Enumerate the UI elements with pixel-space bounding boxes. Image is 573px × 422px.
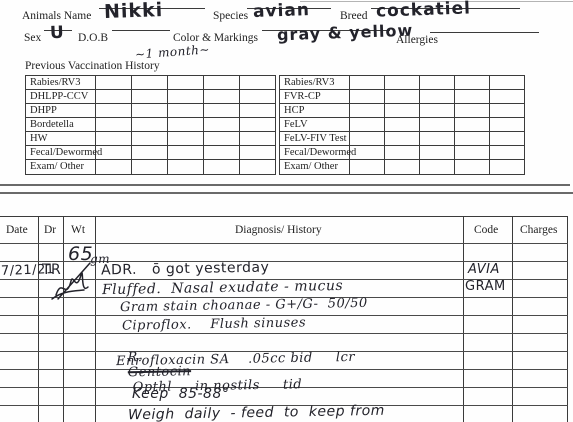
vaccination-cell (96, 104, 132, 117)
breed-value: cockatiel (376, 0, 472, 22)
vaccination-cell (455, 132, 490, 145)
vaccination-cell (455, 90, 490, 103)
vaccination-cell (490, 118, 525, 131)
vaccination-table-right: Rabies/RV3 FVR-CP HCP FeLV FeLV-FIV Test… (279, 75, 525, 175)
column-divider (463, 217, 464, 422)
vaccination-row: FeLV (280, 118, 525, 132)
vaccination-cell (420, 160, 455, 174)
diagnosis-line: Keep 85-88° (132, 386, 229, 402)
column-divider (63, 217, 64, 422)
vaccine-label: Rabies/RV3 (280, 76, 350, 89)
vet-record-form: Animals Name Nikki Species avian Breed c… (0, 0, 573, 422)
vaccine-label: Rabies/RV3 (26, 76, 96, 89)
vaccination-cell (168, 76, 204, 89)
vaccination-cell (132, 160, 168, 174)
vaccination-cell (455, 104, 490, 117)
color-markings-value: gray & yellow (277, 21, 414, 45)
vaccination-cell (204, 104, 240, 117)
vaccination-cell (490, 90, 525, 103)
vaccination-cell (132, 90, 168, 103)
vaccination-row: DHLPP-CCV (26, 90, 276, 104)
vaccination-cell (385, 76, 420, 89)
vaccination-cell (132, 132, 168, 145)
vaccination-cell (455, 146, 490, 159)
vaccine-label: Exam/ Other (280, 160, 350, 174)
vaccination-row: Rabies/RV3 (280, 76, 525, 90)
vaccination-cell (132, 104, 168, 117)
vaccination-cell (385, 118, 420, 131)
vaccination-cell (96, 146, 132, 159)
header-dr: Dr (44, 224, 56, 236)
dob-annotation: ~1 month~ (135, 42, 211, 61)
vaccination-cell (420, 104, 455, 117)
vaccination-cell (240, 118, 276, 131)
vaccine-label: HW (26, 132, 96, 145)
vaccination-cell (96, 118, 132, 131)
sex-value: U (50, 23, 66, 44)
diagnosis-line: Gram stain choanae - G+/G- 50/50 (120, 296, 368, 315)
vaccination-cell (420, 146, 455, 159)
vaccination-row: Exam/ Other (280, 160, 525, 174)
vaccination-cell (168, 90, 204, 103)
vaccination-cell (490, 76, 525, 89)
vaccination-cell (420, 118, 455, 131)
vaccination-cell (385, 160, 420, 174)
vaccination-cell (96, 160, 132, 174)
vaccination-cell (350, 160, 385, 174)
vaccination-cell (96, 132, 132, 145)
column-divider (512, 217, 513, 422)
vaccine-label: HCP (280, 104, 350, 117)
vaccination-cell (168, 146, 204, 159)
vaccination-row: Fecal/Dewormed (26, 146, 276, 160)
vaccination-cell (420, 90, 455, 103)
dob-field (112, 30, 170, 31)
vaccination-cell (350, 132, 385, 145)
vaccination-cell (204, 90, 240, 103)
header-wt: Wt (71, 224, 85, 236)
header-code: Code (474, 224, 498, 236)
vaccine-label: DHLPP-CCV (26, 90, 96, 103)
vaccine-label: DHPP (26, 104, 96, 117)
vaccination-cell (385, 104, 420, 117)
vaccination-row: Bordetella (26, 118, 276, 132)
vaccination-cell (455, 118, 490, 131)
vaccination-cell (490, 104, 525, 117)
vaccination-cell (204, 76, 240, 89)
allergies-field (430, 32, 539, 33)
vaccination-cell (420, 76, 455, 89)
vaccination-cell (240, 132, 276, 145)
header-date: Date (6, 224, 28, 236)
vaccine-label: FVR-CP (280, 90, 350, 103)
vaccination-cell (350, 104, 385, 117)
vaccination-cell (240, 90, 276, 103)
vaccination-section-title: Previous Vaccination History (25, 60, 160, 72)
vaccination-cell (132, 146, 168, 159)
vaccine-label: Fecal/Dewormed (280, 146, 350, 159)
vaccination-cell (420, 132, 455, 145)
vaccination-cell (204, 160, 240, 174)
vaccination-cell (240, 146, 276, 159)
vaccination-row: Fecal/Dewormed (280, 146, 525, 160)
vaccination-row: DHPP (26, 104, 276, 118)
vaccine-label: Exam/ Other (26, 160, 96, 174)
vaccination-cell (132, 76, 168, 89)
table-right-border (567, 217, 568, 422)
code-value: GRAM (465, 279, 506, 294)
species-label: Species (213, 10, 248, 22)
vaccination-row: Rabies/RV3 (26, 76, 276, 90)
code-value: AVIA (468, 262, 500, 277)
signature-scribble (38, 261, 98, 303)
vaccination-cell (204, 132, 240, 145)
vaccination-cell (455, 160, 490, 174)
animals-name-label: Animals Name (22, 10, 91, 22)
vaccination-table-left: Rabies/RV3 DHLPP-CCV DHPP Bordetella HW … (25, 75, 276, 175)
separator-line (0, 184, 570, 186)
vaccination-row: HCP (280, 104, 525, 118)
vaccination-cell (240, 160, 276, 174)
breed-label: Breed (340, 10, 367, 22)
header-charges: Charges (520, 224, 557, 236)
vaccination-cell (350, 90, 385, 103)
column-divider (95, 217, 96, 422)
species-value: avian (253, 0, 311, 22)
diagnosis-line: Ciproflox. Flush sinuses (122, 315, 306, 333)
vaccination-cell (385, 132, 420, 145)
separator-line (0, 192, 573, 194)
vaccination-row: FVR-CP (280, 90, 525, 104)
vaccination-row: HW (26, 132, 276, 146)
vaccine-label: FeLV (280, 118, 350, 131)
vaccination-cell (96, 90, 132, 103)
vaccination-cell (490, 146, 525, 159)
diagnosis-line: Fluffed. Nasal exudate - mucus (102, 278, 343, 298)
column-divider (38, 217, 39, 422)
vaccination-cell (490, 160, 525, 174)
vaccination-cell (240, 76, 276, 89)
vaccination-cell (350, 118, 385, 131)
vaccination-cell (350, 146, 385, 159)
visit-table: Date Dr Wt Diagnosis/ History Code Charg… (0, 216, 568, 422)
vaccination-row: Exam/ Other (26, 160, 276, 174)
vaccination-cell (385, 146, 420, 159)
vaccination-cell (385, 90, 420, 103)
vaccination-cell (204, 146, 240, 159)
vaccination-cell (204, 118, 240, 131)
color-markings-label: Color & Markings (173, 32, 258, 44)
vaccination-cell (490, 132, 525, 145)
vaccination-row: FeLV-FIV Test (280, 132, 525, 146)
sex-label: Sex (24, 32, 41, 44)
vaccine-label: FeLV-FIV Test (280, 132, 350, 145)
diagnosis-line: ADR. ō got yesterday (101, 260, 270, 279)
vaccine-label: Fecal/Dewormed (26, 146, 96, 159)
diagnosis-line: Weigh daily - feed to keep from (128, 403, 385, 422)
animals-name-value: Nikki (104, 0, 164, 23)
vaccination-cell (455, 76, 490, 89)
diagnosis-line: Enrofloxacin SA .05cc bid lcr (116, 350, 355, 369)
vaccine-label: Bordetella (26, 118, 96, 131)
dob-label: D.O.B (78, 32, 108, 44)
vaccination-cell (240, 104, 276, 117)
vaccination-cell (168, 160, 204, 174)
header-diagnosis: Diagnosis/ History (235, 224, 322, 236)
vaccination-cell (350, 76, 385, 89)
vaccination-cell (168, 104, 204, 117)
vaccination-cell (168, 118, 204, 131)
vaccination-history-tables: Rabies/RV3 DHLPP-CCV DHPP Bordetella HW … (25, 75, 533, 175)
allergies-label: Allergies (396, 34, 438, 46)
vaccination-cell (132, 118, 168, 131)
vaccination-cell (96, 76, 132, 89)
vaccination-cell (168, 132, 204, 145)
